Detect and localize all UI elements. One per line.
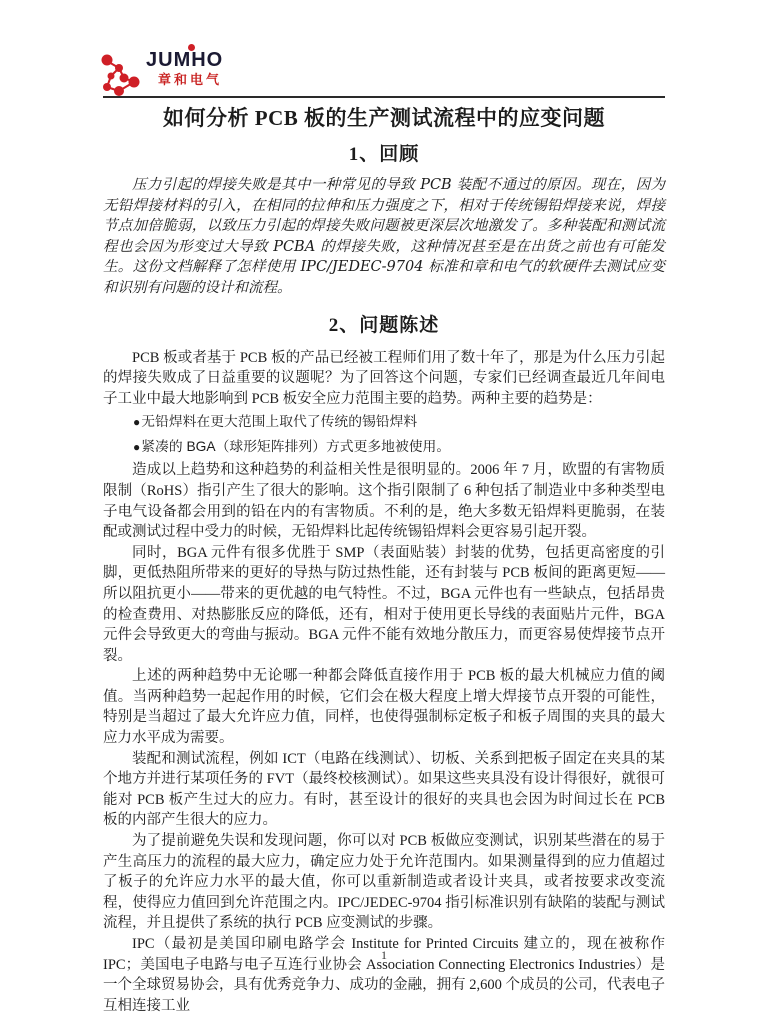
- section1-heading: 1、回顾: [103, 142, 665, 167]
- section2-paragraph-1: PCB 板或者基于 PCB 板的产品已经被工程师们用了数十年了，那是为什么压力引…: [103, 348, 665, 410]
- section2-paragraph-2: 造成以上趋势和这种趋势的利益相关性是很明显的。2006 年 7 月，欧盟的有害物…: [103, 460, 665, 542]
- section2-paragraph-7: IPC（最初是美国印刷电路学会 Institute for Printed Ci…: [103, 934, 665, 1016]
- document-title: 如何分析 PCB 板的生产测试流程中的应变问题: [103, 104, 665, 132]
- bullet-text: 无铅焊料在更大范围上取代了传统的锡铅焊料: [141, 414, 417, 429]
- logo-brand-name: JUMHO: [146, 50, 223, 70]
- section2-paragraph-5: 装配和测试流程，例如 ICT（电路在线测试）、切板、关系到把板子固定在夹具的某个…: [103, 749, 665, 831]
- section2-paragraph-6: 为了提前避免失误和发现问题，你可以对 PCB 板做应变测试，识别某些潜在的易于产…: [103, 831, 665, 934]
- logo-m-dot-icon: [188, 44, 195, 51]
- header-divider: [103, 96, 665, 98]
- list-item: ●紧凑的 BGA（球形矩阵排列）方式更多地被使用。: [133, 435, 665, 460]
- bullet-text: 紧凑的 BGA（球形矩阵排列）方式更多地被使用。: [141, 439, 450, 454]
- section1-paragraph: 压力引起的焊接失败是其中一种常见的导致 PCB 装配不通过的原因。现在，因为无铅…: [103, 175, 665, 299]
- molecule-dots-icon: [98, 44, 144, 96]
- section2-paragraph-4: 上述的两种趋势中无论哪一种都会降低直接作用于 PCB 板的最大机械应力值的阈值。…: [103, 666, 665, 748]
- document-body: 如何分析 PCB 板的生产测试流程中的应变问题 1、回顾 压力引起的焊接失败是其…: [103, 104, 665, 1016]
- page-number: 1: [0, 948, 768, 963]
- document-page: JUMHO 章和电气 如何分析 PCB 板的生产测试流程中的应变问题 1、回顾 …: [0, 0, 768, 1024]
- trend-bullet-list: ●无铅焊料在更大范围上取代了传统的锡铅焊料 ●紧凑的 BGA（球形矩阵排列）方式…: [103, 410, 665, 459]
- bullet-icon: ●: [133, 440, 140, 454]
- company-logo: JUMHO 章和电气: [98, 44, 223, 96]
- section2-paragraph-3: 同时，BGA 元件有很多优胜于 SMP（表面贴装）封装的优势，包括更高密度的引脚…: [103, 543, 665, 667]
- list-item: ●无铅焊料在更大范围上取代了传统的锡铅焊料: [133, 410, 665, 435]
- bullet-icon: ●: [133, 415, 140, 429]
- logo-company-name: 章和电气: [158, 72, 223, 87]
- section2-heading: 2、问题陈述: [103, 313, 665, 338]
- logo-text-block: JUMHO 章和电气: [146, 44, 223, 87]
